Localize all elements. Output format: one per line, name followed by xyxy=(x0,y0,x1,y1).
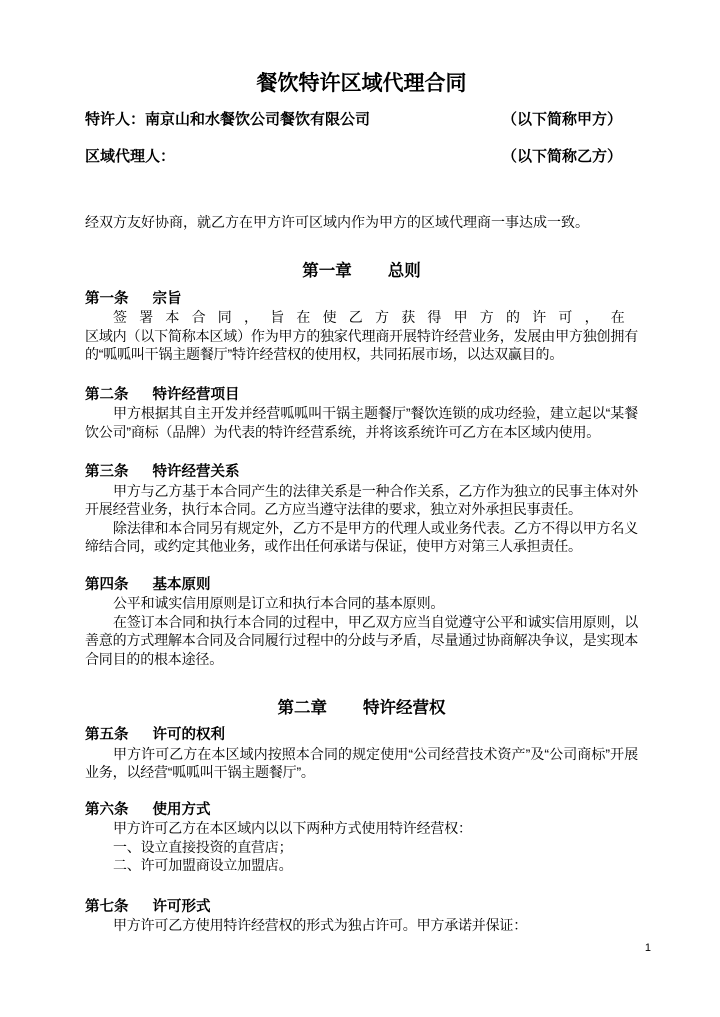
article-4: 第四条 基本原则 公平和诚实信用原则是订立和执行本合同的基本原则。 在签订本合同… xyxy=(85,576,638,669)
preamble: 经双方友好协商，就乙方在甲方许可区域内作为甲方的区域代理商一事达成一致。 xyxy=(85,213,638,232)
article-number: 第四条 xyxy=(85,576,129,595)
list-item: 二、许可加盟商设立加盟店。 xyxy=(85,856,638,875)
article-number: 第五条 xyxy=(85,726,129,745)
document-title: 餐饮特许区域代理合同 xyxy=(85,70,638,98)
article-paragraph: 签署本合同，旨在使乙方获得甲方的许可，在 xyxy=(85,308,638,327)
article-title: 许可形式 xyxy=(153,898,211,917)
article-7: 第七条 许可形式 甲方许可乙方使用特许经营权的形式为独占许可。甲方承诺并保证： xyxy=(85,898,638,935)
chapter-title: 特许经营权 xyxy=(363,697,446,719)
article-paragraph: 公平和诚实信用原则是订立和执行本合同的基本原则。 xyxy=(85,594,638,613)
list-item: 一、设立直接投资的直营店； xyxy=(85,838,638,857)
article-title: 使用方式 xyxy=(153,801,211,820)
article-paragraph: 甲方许可乙方在本区域内以以下两种方式使用特许经营权： xyxy=(85,819,638,838)
article-number: 第二条 xyxy=(85,386,129,405)
article-paragraph: 在签订本合同和执行本合同的过程中，甲乙双方应当自觉遵守公平和诚实信用原则，以善意… xyxy=(85,613,638,669)
article-number: 第三条 xyxy=(85,463,129,482)
party-row-agent: 区域代理人： （以下简称乙方） xyxy=(85,147,638,167)
article-1: 第一条 宗旨 签署本合同，旨在使乙方获得甲方的许可，在 区域内（以下简称本区域）… xyxy=(85,290,638,364)
article-heading: 第二条 特许经营项目 xyxy=(85,386,638,405)
chapter-title: 总则 xyxy=(388,260,421,282)
article-heading: 第六条 使用方式 xyxy=(85,801,638,820)
chapter-heading-2: 第二章 特许经营权 xyxy=(85,697,638,719)
article-heading: 第三条 特许经营关系 xyxy=(85,463,638,482)
article-title: 基本原则 xyxy=(153,576,211,595)
article-3: 第三条 特许经营关系 甲方与乙方基于本合同产生的法律关系是一种合作关系，乙方作为… xyxy=(85,463,638,556)
article-paragraph: 甲方与乙方基于本合同产生的法律关系是一种合作关系，乙方作为独立的民事主体对外开展… xyxy=(85,482,638,519)
party-row-franchisor: 特许人：南京山和水餐饮公司餐饮有限公司 （以下简称甲方） xyxy=(85,110,638,130)
article-paragraph: 甲方根据其自主开发并经营呱呱叫干锅主题餐厅”餐饮连锁的成功经验，建立起以“某餐饮… xyxy=(85,404,638,441)
article-paragraph: 甲方许可乙方在本区域内按照本合同的规定使用“公司经营技术资产”及“公司商标”开展… xyxy=(85,745,638,782)
article-title: 特许经营项目 xyxy=(153,386,240,405)
article-title: 宗旨 xyxy=(153,290,182,309)
document-page: 餐饮特许区域代理合同 特许人：南京山和水餐饮公司餐饮有限公司 （以下简称甲方） … xyxy=(0,0,720,1017)
article-2: 第二条 特许经营项目 甲方根据其自主开发并经营呱呱叫干锅主题餐厅”餐饮连锁的成功… xyxy=(85,386,638,442)
article-heading: 第七条 许可形式 xyxy=(85,898,638,917)
article-number: 第六条 xyxy=(85,801,129,820)
article-5: 第五条 许可的权利 甲方许可乙方在本区域内按照本合同的规定使用“公司经营技术资产… xyxy=(85,726,638,782)
party-alias-franchisor: （以下简称甲方） xyxy=(502,110,638,130)
article-paragraph: 甲方许可乙方使用特许经营权的形式为独占许可。甲方承诺并保证： xyxy=(85,916,638,935)
article-number: 第七条 xyxy=(85,898,129,917)
article-title: 特许经营关系 xyxy=(153,463,240,482)
article-title: 许可的权利 xyxy=(153,726,226,745)
chapter-number: 第一章 xyxy=(302,260,352,282)
article-heading: 第四条 基本原则 xyxy=(85,576,638,595)
page-number: 1 xyxy=(645,941,651,955)
article-paragraph: 区域内（以下简称本区域）作为甲方的独家代理商开展特许经营业务，发展由甲方独创拥有… xyxy=(85,327,638,364)
article-6: 第六条 使用方式 甲方许可乙方在本区域内以以下两种方式使用特许经营权： 一、设立… xyxy=(85,801,638,875)
party-name-agent: 区域代理人： xyxy=(85,147,175,167)
chapter-number: 第二章 xyxy=(278,697,328,719)
article-number: 第一条 xyxy=(85,290,129,309)
chapter-heading-1: 第一章 总则 xyxy=(85,260,638,282)
party-name-franchisor: 特许人：南京山和水餐饮公司餐饮有限公司 xyxy=(85,110,370,130)
article-heading: 第一条 宗旨 xyxy=(85,290,638,309)
article-heading: 第五条 许可的权利 xyxy=(85,726,638,745)
party-alias-agent: （以下简称乙方） xyxy=(502,147,638,167)
article-paragraph: 除法律和本合同另有规定外，乙方不是甲方的代理人或业务代表。乙方不得以甲方名义缔结… xyxy=(85,519,638,556)
document-content: 餐饮特许区域代理合同 特许人：南京山和水餐饮公司餐饮有限公司 （以下简称甲方） … xyxy=(85,0,638,935)
